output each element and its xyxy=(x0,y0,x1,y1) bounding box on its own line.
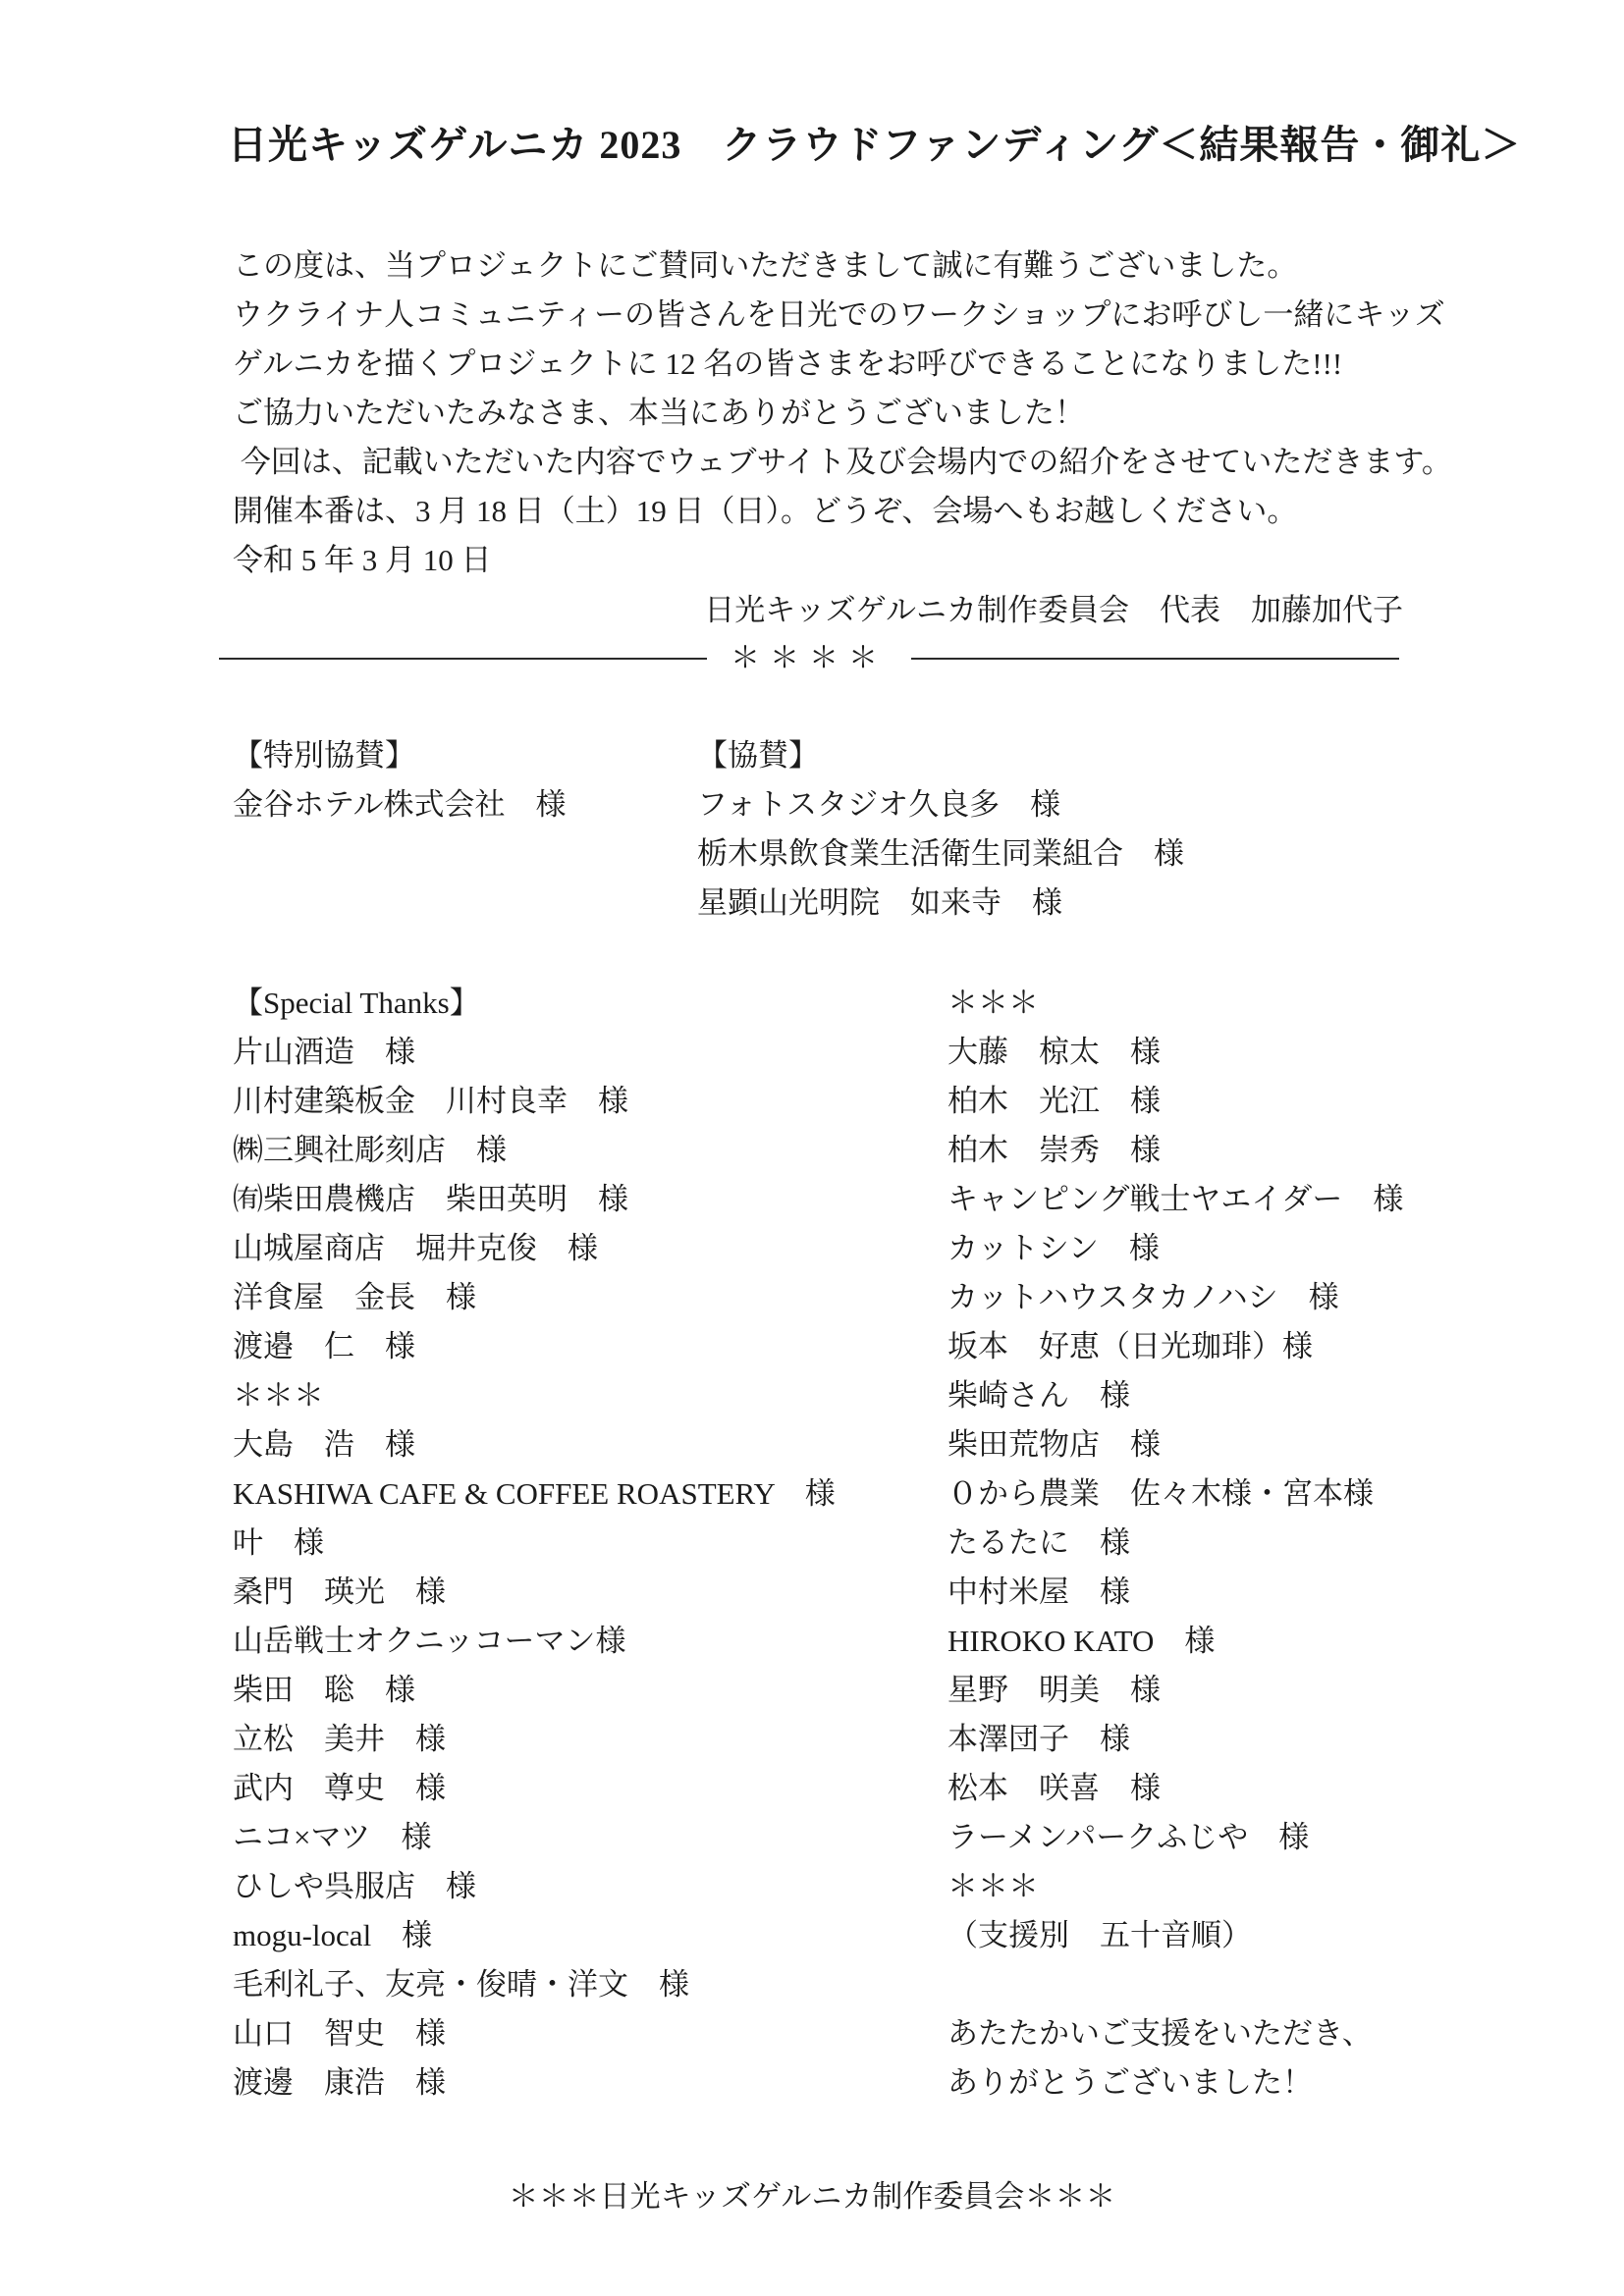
list-item: ＊＊＊ xyxy=(947,979,1403,1028)
body-paragraph: この度は、当プロジェクトにご賛同いただきまして誠に有難うございました。ウクライナ… xyxy=(233,241,1452,585)
list-item: カットハウスタカノハシ 様 xyxy=(947,1273,1403,1322)
list-item: たるたに 様 xyxy=(947,1519,1403,1568)
list-item: 山岳戦士オクニッコーマン様 xyxy=(233,1617,836,1666)
page-title: 日光キッズゲルニカ 2023 クラウドファンディング＜結果報告・御礼＞ xyxy=(228,114,1521,170)
list-item: キャンピング戦士ヤエイダー 様 xyxy=(947,1175,1403,1224)
list-item: 坂本 好恵（日光珈琲）様 xyxy=(947,1322,1403,1371)
list-item: 中村米屋 様 xyxy=(947,1568,1403,1617)
list-item: 山口 智史 様 xyxy=(233,2009,836,2058)
list-item: 星顕山光明院 如来寺 様 xyxy=(697,879,1184,928)
list-item: 洋食屋 金長 様 xyxy=(233,1273,836,1322)
list-item: ０から農業 佐々木様・宮本様 xyxy=(947,1469,1403,1519)
list-item: ㈲柴田農機店 柴田英明 様 xyxy=(233,1175,836,1224)
list-item: 栃木県飲食業生活衛生同業組合 様 xyxy=(697,829,1184,879)
section-separator: ＊＊＊＊ xyxy=(219,643,1399,674)
list-item: カットシン 様 xyxy=(947,1224,1403,1273)
list-item: ＊＊＊ xyxy=(233,1371,836,1420)
sponsor-column: 【協賛】 フォトスタジオ久良多 様栃木県飲食業生活衛生同業組合 様星顕山光明院 … xyxy=(697,731,1184,928)
list-item: 柴田荒物店 様 xyxy=(947,1420,1403,1469)
list-item: 今回は、記載いただいた内容でウェブサイト及び会場内での紹介をさせていただきます。 xyxy=(233,438,1452,487)
list-item: 川村建築板金 川村良幸 様 xyxy=(233,1077,836,1126)
list-item: 令和 5 年 3 月 10 日 xyxy=(233,536,1452,585)
list-item: 金谷ホテル株式会社 様 xyxy=(233,780,566,829)
list-item: ニコ×マツ 様 xyxy=(233,1813,836,1862)
separator-rule-right xyxy=(911,658,1399,660)
list-item: フォトスタジオ久良多 様 xyxy=(697,780,1184,829)
list-item: 大島 浩 様 xyxy=(233,1420,836,1469)
list-item: 柴田 聡 様 xyxy=(233,1666,836,1715)
list-item: 武内 尊史 様 xyxy=(233,1764,836,1813)
list-item: 大藤 椋太 様 xyxy=(947,1028,1403,1077)
special-thanks-right-column: ＊＊＊大藤 椋太 様柏木 光江 様柏木 崇秀 様キャンピング戦士ヤエイダー 様カ… xyxy=(947,979,1403,2108)
list-item: 渡邉 仁 様 xyxy=(233,1322,836,1371)
list-item: 渡邊 康浩 様 xyxy=(233,2058,836,2108)
list-item: 叶 様 xyxy=(233,1519,836,1568)
list-item: （支援別 五十音順） xyxy=(947,1911,1403,1960)
list-item: KASHIWA CAFE & COFFEE ROASTERY 様 xyxy=(233,1469,836,1519)
list-item: 片山酒造 様 xyxy=(233,1028,836,1077)
list-item: ご協力いただいたみなさま、本当にありがとうございました！ xyxy=(233,389,1452,438)
list-item: ㈱三興社彫刻店 様 xyxy=(233,1126,836,1175)
list-item: ありがとうございました！ xyxy=(947,2058,1403,2108)
list-item: 柏木 崇秀 様 xyxy=(947,1126,1403,1175)
special-sponsor-column: 【特別協賛】 金谷ホテル株式会社 様 xyxy=(233,731,566,829)
list-item: 毛利礼子、友亮・俊晴・洋文 様 xyxy=(233,1960,836,2009)
special-sponsor-list: 金谷ホテル株式会社 様 xyxy=(233,780,566,829)
list-item: ウクライナ人コミュニティーの皆さんを日光でのワークショップにお呼びし一緒にキッズ xyxy=(233,291,1452,340)
list-item: mogu-local 様 xyxy=(233,1911,836,1960)
separator-rule-left xyxy=(219,658,707,660)
sponsor-list: フォトスタジオ久良多 様栃木県飲食業生活衛生同業組合 様星顕山光明院 如来寺 様 xyxy=(697,780,1184,928)
list-item: 【Special Thanks】 xyxy=(233,979,836,1028)
document-page: 日光キッズゲルニカ 2023 クラウドファンディング＜結果報告・御礼＞ この度は… xyxy=(0,0,1624,2296)
list-item: 本澤団子 様 xyxy=(947,1715,1403,1764)
list-item: 桑門 瑛光 様 xyxy=(233,1568,836,1617)
footer-committee-line: ＊＊＊日光キッズゲルニカ制作委員会＊＊＊ xyxy=(0,2172,1624,2221)
list-item: ひしや呉服店 様 xyxy=(233,1862,836,1911)
special-sponsor-header: 【特別協賛】 xyxy=(233,731,566,780)
list-item: 立松 美井 様 xyxy=(233,1715,836,1764)
list-item: 山城屋商店 堀井克俊 様 xyxy=(233,1224,836,1273)
signature-line: 日光キッズゲルニカ制作委員会 代表 加藤加代子 xyxy=(233,586,1403,635)
list-item: HIROKO KATO 様 xyxy=(947,1617,1403,1666)
special-thanks-left-column: 【Special Thanks】片山酒造 様川村建築板金 川村良幸 様㈱三興社彫… xyxy=(233,979,836,2108)
list-item: 松本 咲喜 様 xyxy=(947,1764,1403,1813)
sponsor-header: 【協賛】 xyxy=(697,731,1184,780)
list-item: 柴崎さん 様 xyxy=(947,1371,1403,1420)
list-item: 星野 明美 様 xyxy=(947,1666,1403,1715)
list-item: 柏木 光江 様 xyxy=(947,1077,1403,1126)
list-item: あたたかいご支援をいただき、 xyxy=(947,2009,1403,2058)
list-item: ゲルニカを描くプロジェクトに 12 名の皆さまをお呼びできることになりました!!… xyxy=(233,340,1452,389)
list-item: ＊＊＊ xyxy=(947,1862,1403,1911)
list-item: 開催本番は、3 月 18 日（土）19 日（日）。どうぞ、会場へもお越しください… xyxy=(233,487,1452,536)
separator-asterisks: ＊＊＊＊ xyxy=(707,643,911,674)
list-item: ラーメンパークふじや 様 xyxy=(947,1813,1403,1862)
list-item xyxy=(947,1960,1403,2009)
list-item: この度は、当プロジェクトにご賛同いただきまして誠に有難うございました。 xyxy=(233,241,1452,291)
